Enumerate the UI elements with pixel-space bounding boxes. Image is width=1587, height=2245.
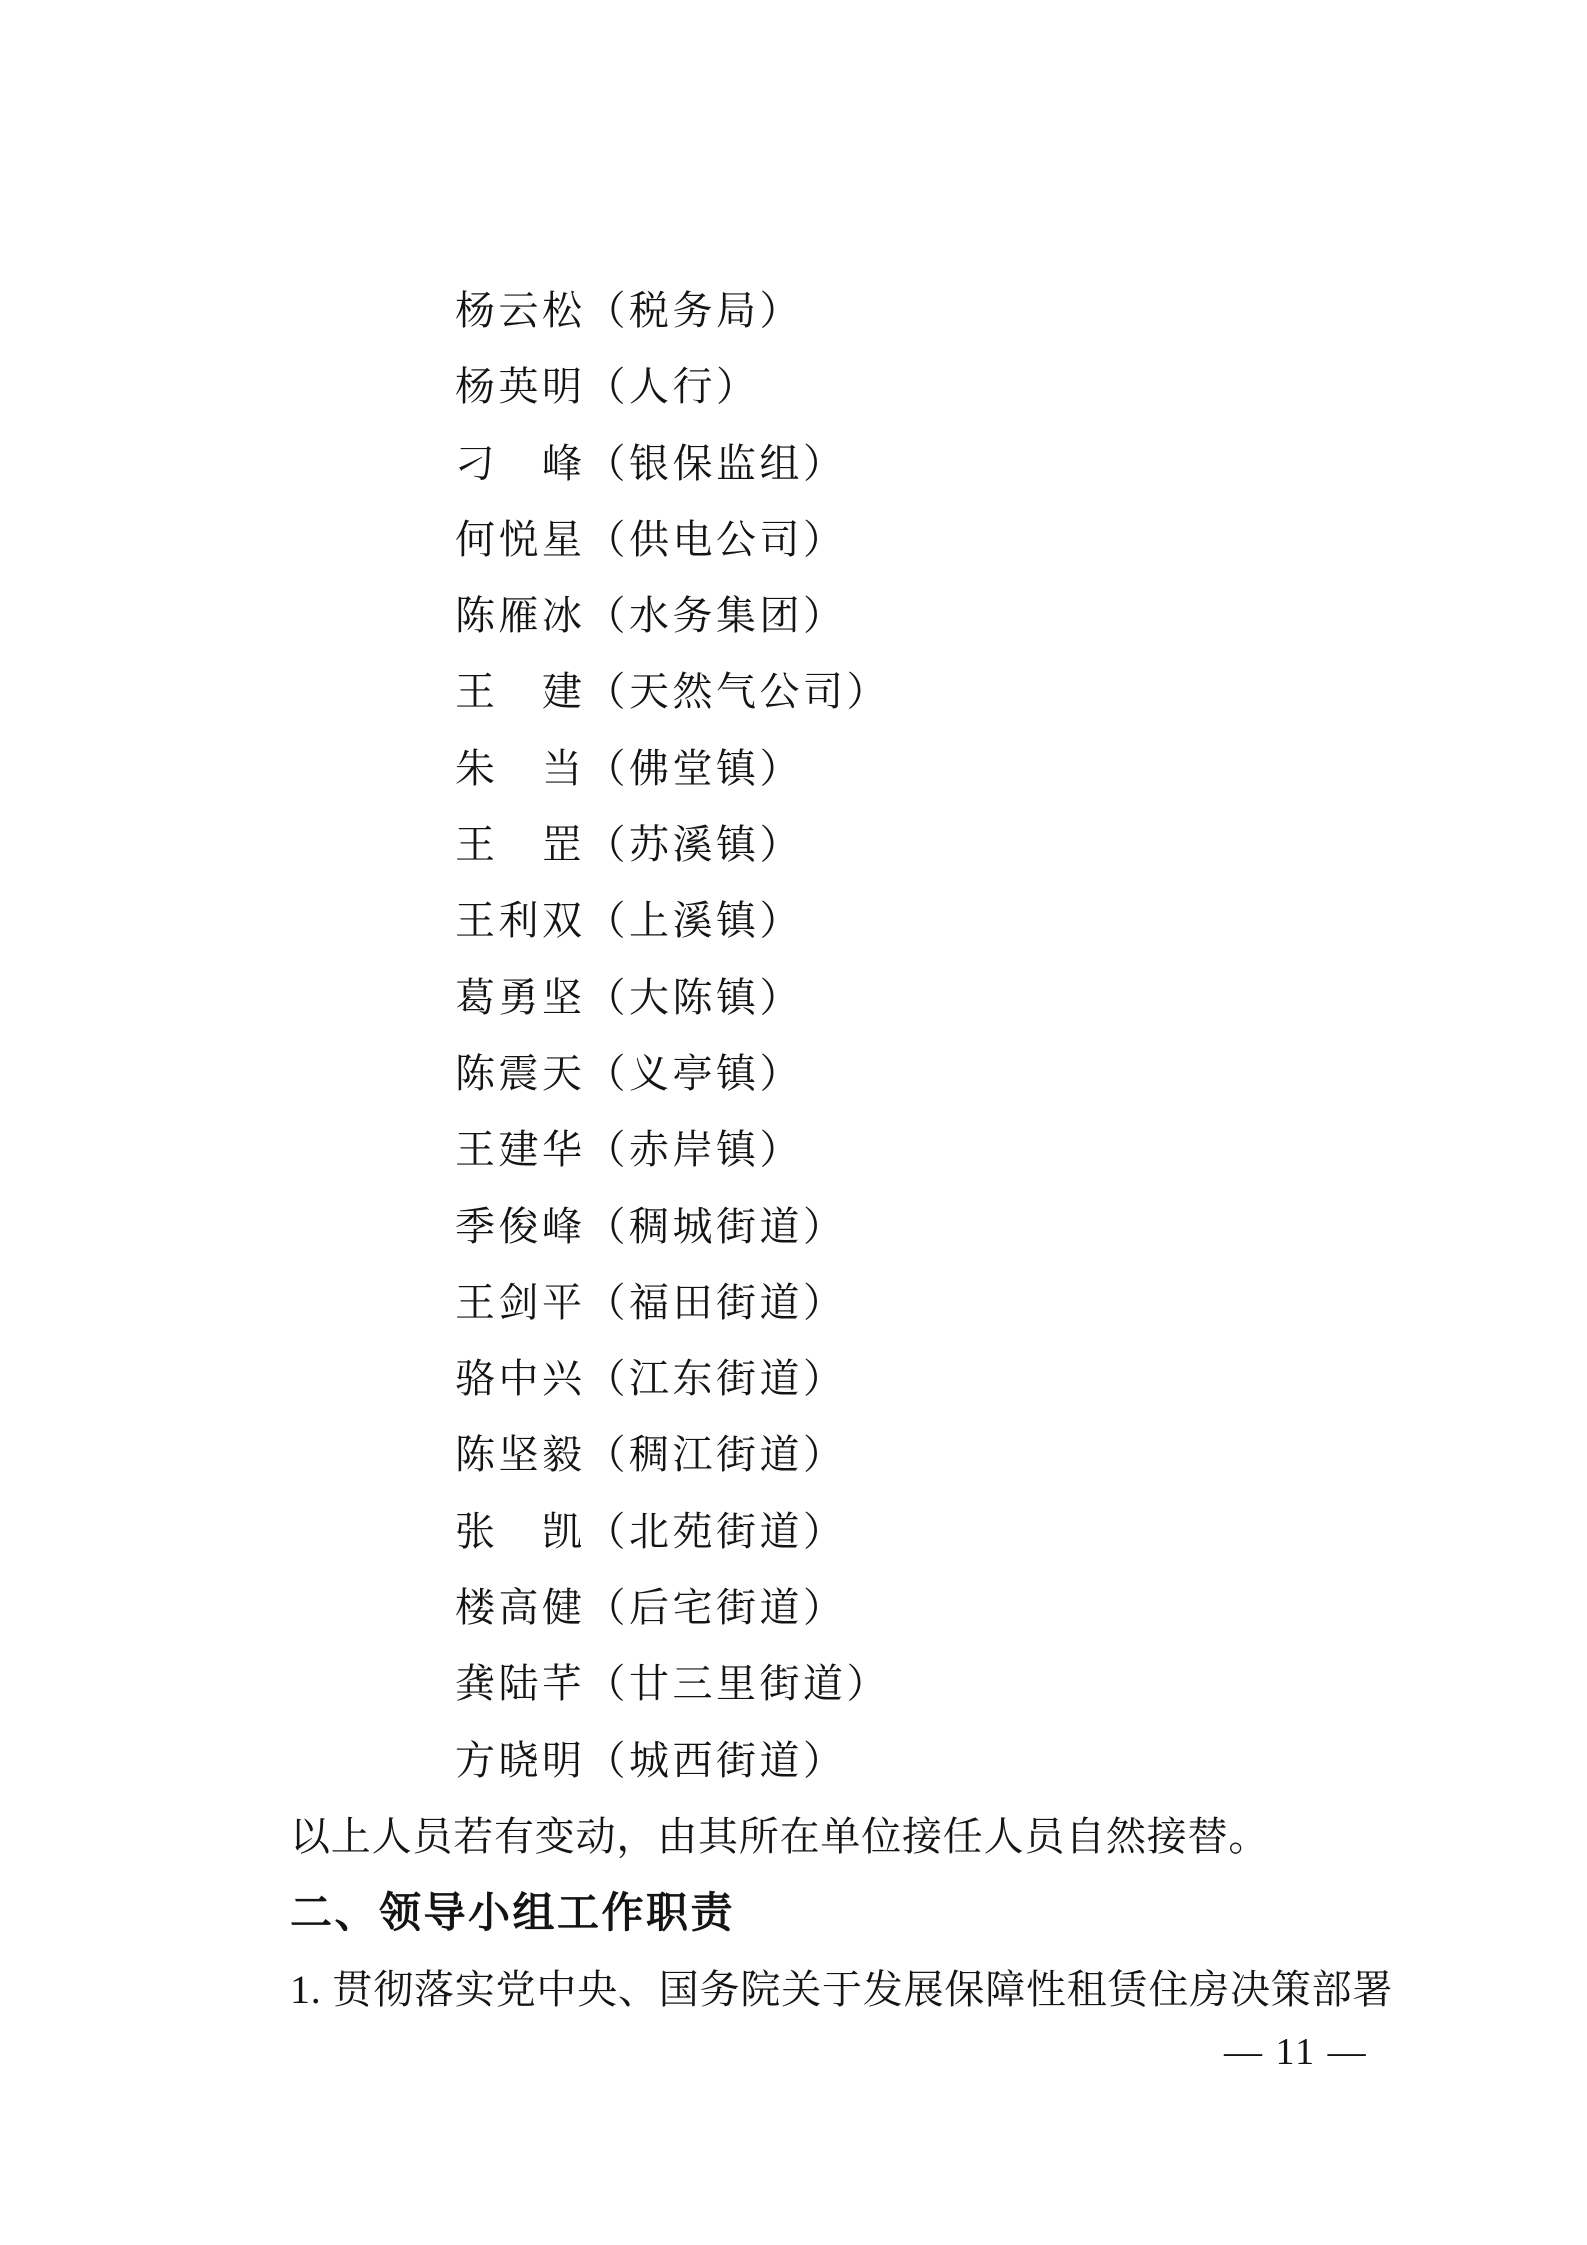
name-list-item: 陈坚毅（稠江街道） (455, 1417, 1430, 1493)
name-list-item: 陈雁冰（水务集团） (455, 578, 1430, 654)
succession-note: 以上人员若有变动，由其所在单位接任人员自然接替。 (290, 1799, 1430, 1875)
name-list-item: 杨英明（人行） (455, 349, 1430, 425)
name-list-item: 龚陆芊（廿三里街道） (455, 1646, 1430, 1722)
name-list-item: 王利双（上溪镇） (455, 883, 1430, 959)
name-list-item: 王 建（天然气公司） (455, 654, 1430, 730)
name-list-item: 张 凯（北苑街道） (455, 1494, 1430, 1570)
section-heading: 二、领导小组工作职责 (290, 1875, 1430, 1951)
name-list-item: 王 罡（苏溪镇） (455, 807, 1430, 883)
name-list-item: 王建华（赤岸镇） (455, 1112, 1430, 1188)
name-list-item: 季俊峰（稠城街道） (455, 1189, 1430, 1265)
name-list-item: 葛勇坚（大陈镇） (455, 960, 1430, 1036)
document-page: 杨云松（税务局） 杨英明（人行） 刁 峰（银保监组） 何悦星（供电公司） 陈雁冰… (0, 0, 1587, 2245)
name-list-item: 骆中兴（江东街道） (455, 1341, 1430, 1417)
name-list-item: 刁 峰（银保监组） (455, 426, 1430, 502)
name-list-item: 朱 当（佛堂镇） (455, 731, 1430, 807)
name-list-item: 陈震天（义亭镇） (455, 1036, 1430, 1112)
name-list-item: 何悦星（供电公司） (455, 502, 1430, 578)
name-list-item: 方晓明（城西街道） (455, 1723, 1430, 1799)
name-list-item: 杨云松（税务局） (455, 273, 1430, 349)
name-list-item: 王剑平（福田街道） (455, 1265, 1430, 1341)
document-body: 杨云松（税务局） 杨英明（人行） 刁 峰（银保监组） 何悦星（供电公司） 陈雁冰… (290, 273, 1430, 2028)
list-item-1: 1. 贯彻落实党中央、国务院关于发展保障性租赁住房决策部署 (290, 1952, 1430, 2028)
name-list-item: 楼高健（后宅街道） (455, 1570, 1430, 1646)
page-number: — 11 — (1224, 2028, 1368, 2076)
